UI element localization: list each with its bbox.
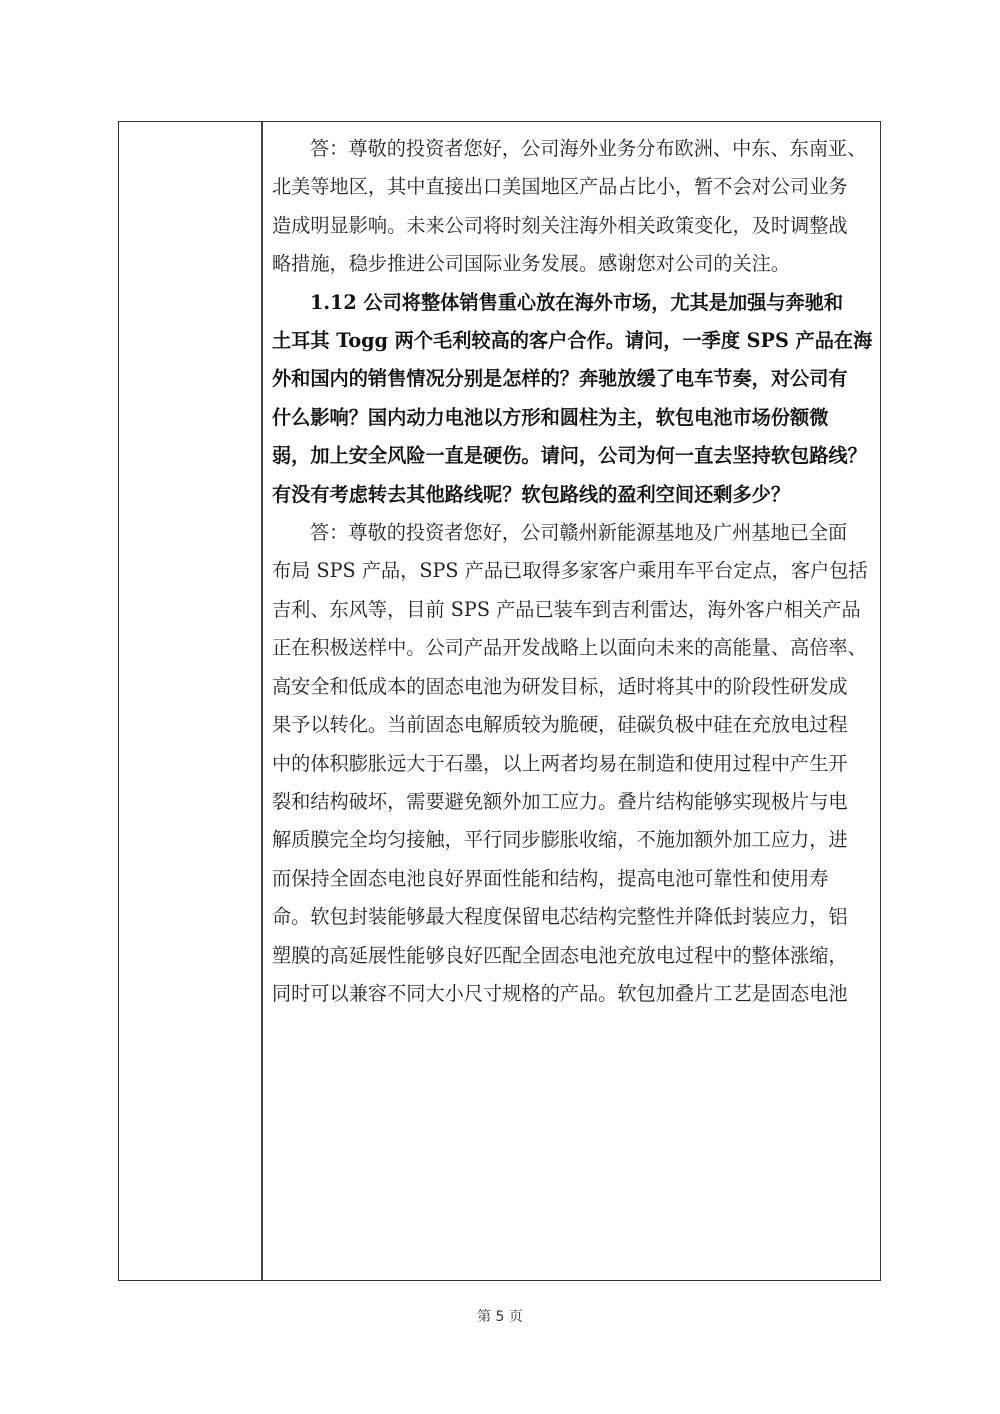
text-line: 高安全和低成本的固态电池为研发目标，适时将其中的阶段性研发成 bbox=[272, 668, 872, 706]
text-line: 正在积极送样中。公司产品开发战略上以面向未来的高能量、高倍率、 bbox=[272, 629, 872, 667]
answer-2-paragraph: 答：尊敬的投资者您好，公司赣州新能源基地及广州基地已全面 布局 SPS 产品，S… bbox=[272, 514, 872, 1013]
page-number: 第 5 页 bbox=[0, 1306, 1000, 1326]
text-line: 布局 SPS 产品，SPS 产品已取得多家客户乘用车平台定点，客户包括 bbox=[272, 552, 872, 590]
text-line: 解质膜完全均匀接触，平行同步膨胀收缩，不施加额外加工应力，进 bbox=[272, 821, 872, 859]
text-line: 北美等地区，其中直接出口美国地区产品占比小，暂不会对公司业务 bbox=[272, 168, 872, 206]
text-line: 略措施，稳步推进公司国际业务发展。感谢您对公司的关注。 bbox=[272, 245, 872, 283]
text-line: 土耳其 Togg 两个毛利较高的客户合作。请问，一季度 SPS 产品在海 bbox=[272, 322, 872, 360]
content-cell: 答：尊敬的投资者您好，公司海外业务分布欧洲、中东、东南亚、 北美等地区，其中直接… bbox=[272, 130, 872, 1013]
text-line: 答：尊敬的投资者您好，公司赣州新能源基地及广州基地已全面 bbox=[272, 514, 872, 552]
text-line: 什么影响？国内动力电池以方形和圆柱为主，软包电池市场份额微 bbox=[272, 399, 872, 437]
text-line: 裂和结构破坏，需要避免额外加工应力。叠片结构能够实现极片与电 bbox=[272, 783, 872, 821]
text-line: 1.12 公司将整体销售重心放在海外市场，尤其是加强与奔驰和 bbox=[272, 284, 872, 322]
text-line: 答：尊敬的投资者您好，公司海外业务分布欧洲、中东、东南亚、 bbox=[272, 130, 872, 168]
text-line: 中的体积膨胀远大于石墨，以上两者均易在制造和使用过程中产生开 bbox=[272, 745, 872, 783]
text-line: 命。软包封装能够最大程度保留电芯结构完整性并降低封装应力，铝 bbox=[272, 898, 872, 936]
text-line: 造成明显影响。未来公司将时刻关注海外相关政策变化，及时调整战 bbox=[272, 207, 872, 245]
column-divider bbox=[261, 122, 263, 1280]
text-line: 塑膜的高延展性能够良好匹配全固态电池充放电过程中的整体涨缩， bbox=[272, 937, 872, 975]
text-line: 吉利、东风等，目前 SPS 产品已装车到吉利雷达，海外客户相关产品 bbox=[272, 591, 872, 629]
text-line: 果予以转化。当前固态电解质较为脆硬，硅碳负极中硅在充放电过程 bbox=[272, 706, 872, 744]
text-line: 有没有考虑转去其他路线呢？软包路线的盈利空间还剩多少？ bbox=[272, 476, 872, 514]
text-line: 而保持全固态电池良好界面性能和结构，提高电池可靠性和使用寿 bbox=[272, 860, 872, 898]
text-line: 同时可以兼容不同大小尺寸规格的产品。软包加叠片工艺是固态电池 bbox=[272, 975, 872, 1013]
text-line: 外和国内的销售情况分别是怎样的？奔驰放缓了电车节奏，对公司有 bbox=[272, 360, 872, 398]
answer-1-paragraph: 答：尊敬的投资者您好，公司海外业务分布欧洲、中东、东南亚、 北美等地区，其中直接… bbox=[272, 130, 872, 284]
qa-table: 答：尊敬的投资者您好，公司海外业务分布欧洲、中东、东南亚、 北美等地区，其中直接… bbox=[118, 121, 881, 1281]
question-1-12-paragraph: 1.12 公司将整体销售重心放在海外市场，尤其是加强与奔驰和 土耳其 Togg … bbox=[272, 284, 872, 514]
text-line: 弱，加上安全风险一直是硬伤。请问，公司为何一直去坚持软包路线？ bbox=[272, 437, 872, 475]
